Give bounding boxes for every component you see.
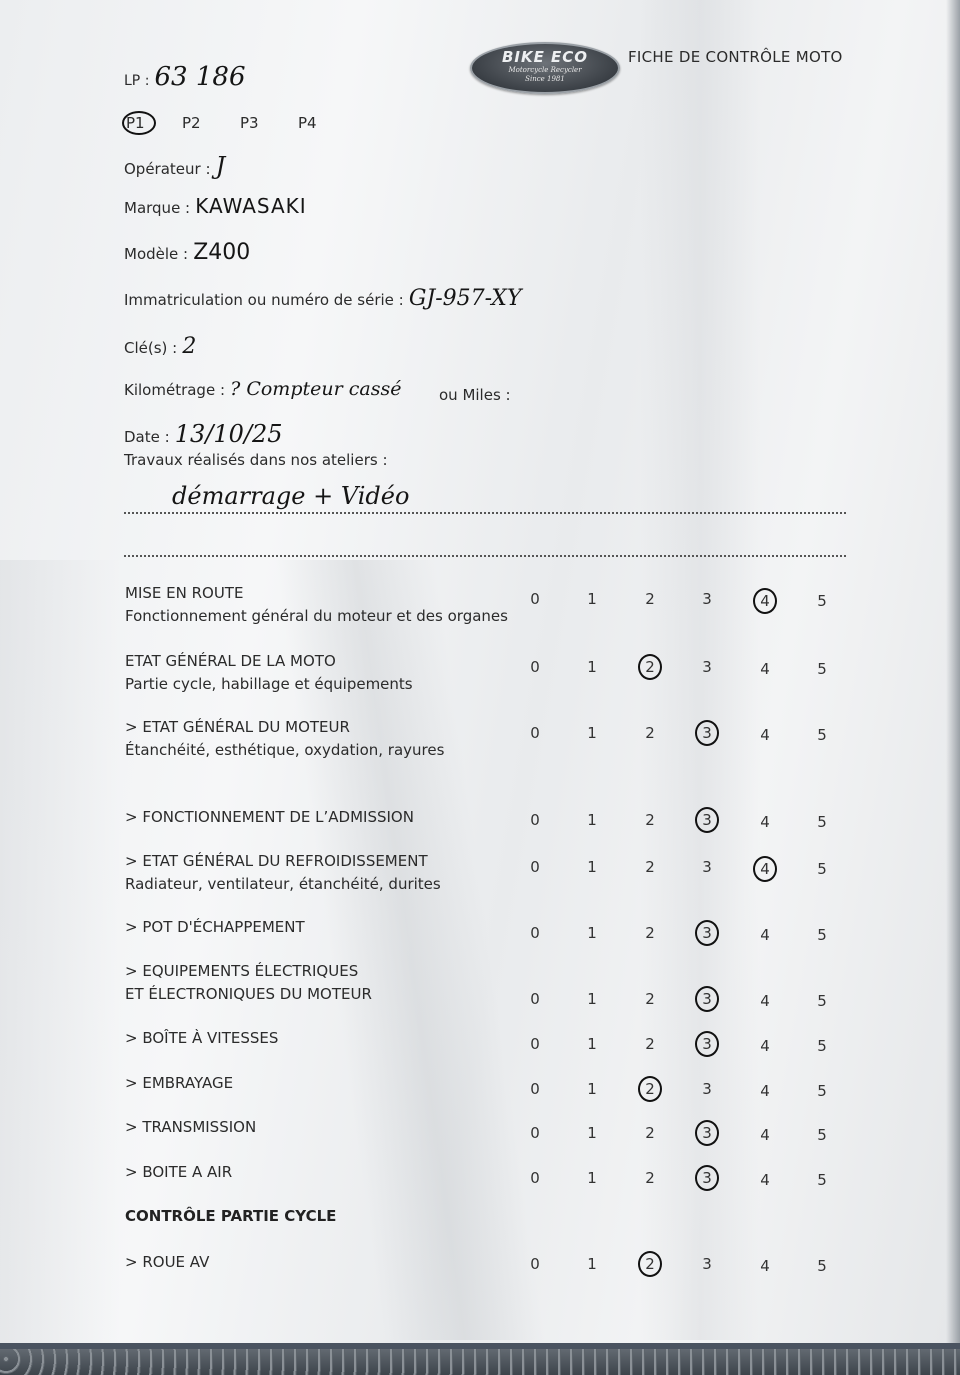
score-option-3[interactable]: 3 <box>697 590 717 608</box>
score-option-3[interactable]: 3 <box>697 724 717 742</box>
logo-since: Since 1981 <box>472 75 618 84</box>
criterion-subtitle: Partie cycle, habillage et équipements <box>125 675 413 693</box>
score-option-0[interactable]: 0 <box>525 1080 545 1098</box>
criterion-title: > ROUE AV <box>125 1253 209 1271</box>
score-option-4[interactable]: 4 <box>755 1082 775 1100</box>
score-option-0[interactable]: 0 <box>525 858 545 876</box>
score-option-1[interactable]: 1 <box>582 1124 602 1142</box>
page-title: FICHE DE CONTRÔLE MOTO <box>628 48 843 66</box>
score-option-0[interactable]: 0 <box>525 924 545 942</box>
kilometrage-label: Kilométrage : <box>124 381 225 399</box>
criterion-title: ETAT GÉNÉRAL DE LA MOTO <box>125 652 336 670</box>
score-option-3[interactable]: 3 <box>697 658 717 676</box>
modele-label: Modèle : <box>124 245 188 263</box>
score-option-1[interactable]: 1 <box>582 658 602 676</box>
immatriculation-field: Immatriculation ou numéro de série : GJ-… <box>124 286 521 311</box>
score-option-3[interactable]: 3 <box>697 858 717 876</box>
score-option-2[interactable]: 2 <box>640 1169 660 1187</box>
logo-brand: BIKE ECO <box>472 48 618 66</box>
cles-label: Clé(s) : <box>124 339 177 357</box>
marque-value[interactable]: KAWASAKI <box>195 194 306 218</box>
score-option-1[interactable]: 1 <box>582 1255 602 1273</box>
criterion-title: > FONCTIONNEMENT DE L’ADMISSION <box>125 808 414 826</box>
miles-label: ou Miles : <box>439 386 511 404</box>
operateur-value[interactable]: J <box>216 152 226 180</box>
score-option-1[interactable]: 1 <box>582 1169 602 1187</box>
score-option-4[interactable]: 4 <box>755 1037 775 1055</box>
score-option-2[interactable]: 2 <box>640 858 660 876</box>
score-option-3[interactable]: 3 <box>697 1169 717 1187</box>
score-option-1[interactable]: 1 <box>582 990 602 1008</box>
criterion-subtitle: Radiateur, ventilateur, étanchéité, duri… <box>125 875 441 893</box>
criterion-title: > POT D'ÉCHAPPEMENT <box>125 918 305 936</box>
score-option-2[interactable]: 2 <box>640 990 660 1008</box>
score-option-5[interactable]: 5 <box>812 592 832 610</box>
position-p4[interactable]: P4 <box>298 114 317 132</box>
immatriculation-value[interactable]: GJ-957-XY <box>409 286 522 311</box>
kilometrage-value[interactable]: ? Compteur cassé <box>230 378 401 400</box>
criterion-title: > TRANSMISSION <box>125 1118 256 1136</box>
score-option-0[interactable]: 0 <box>525 590 545 608</box>
score-option-3[interactable]: 3 <box>697 1255 717 1273</box>
score-option-4[interactable]: 4 <box>755 926 775 944</box>
position-p1[interactable]: P1 <box>126 114 145 132</box>
operateur-label: Opérateur : <box>124 160 211 178</box>
score-option-4[interactable]: 4 <box>755 726 775 744</box>
score-option-3[interactable]: 3 <box>697 811 717 829</box>
lp-field: LP : 63 186 <box>124 62 246 92</box>
position-p3[interactable]: P3 <box>240 114 259 132</box>
score-option-2[interactable]: 2 <box>640 1255 660 1273</box>
score-option-0[interactable]: 0 <box>525 658 545 676</box>
score-option-2[interactable]: 2 <box>640 1080 660 1098</box>
score-option-4[interactable]: 4 <box>755 1257 775 1275</box>
score-option-0[interactable]: 0 <box>525 1169 545 1187</box>
score-option-3[interactable]: 3 <box>697 1035 717 1053</box>
travaux-dotted-line-2 <box>124 555 846 557</box>
logo-tagline: Motorcycle Recycler <box>472 66 618 75</box>
score-option-5[interactable]: 5 <box>812 660 832 678</box>
bike-eco-logo: BIKE ECO Motorcycle Recycler Since 1981 <box>470 42 620 94</box>
score-option-3[interactable]: 3 <box>697 924 717 942</box>
score-option-1[interactable]: 1 <box>582 924 602 942</box>
score-option-5[interactable]: 5 <box>812 1037 832 1055</box>
score-option-5[interactable]: 5 <box>812 1257 832 1275</box>
travaux-dotted-line-1 <box>124 512 846 514</box>
score-option-2[interactable]: 2 <box>640 724 660 742</box>
criterion-subtitle: Étanchéité, esthétique, oxydation, rayur… <box>125 741 444 759</box>
score-option-2[interactable]: 2 <box>640 658 660 676</box>
score-option-5[interactable]: 5 <box>812 1126 832 1144</box>
criterion-title: > EMBRAYAGE <box>125 1074 233 1092</box>
lp-value[interactable]: 63 186 <box>155 62 246 92</box>
score-option-3[interactable]: 3 <box>697 1124 717 1142</box>
score-option-2[interactable]: 2 <box>640 811 660 829</box>
criterion-title: > BOITE A AIR <box>125 1163 232 1181</box>
score-option-1[interactable]: 1 <box>582 1035 602 1053</box>
kilometrage-field: Kilométrage : ? Compteur cassé <box>124 378 401 400</box>
score-option-5[interactable]: 5 <box>812 926 832 944</box>
criterion-subtitle: Fonctionnement général du moteur et des … <box>125 607 508 625</box>
criterion-title: > ETAT GÉNÉRAL DU REFROIDISSEMENT <box>125 852 428 870</box>
score-option-4[interactable]: 4 <box>755 1126 775 1144</box>
score-option-2[interactable]: 2 <box>640 590 660 608</box>
score-option-1[interactable]: 1 <box>582 858 602 876</box>
criterion-title: > ETAT GÉNÉRAL DU MOTEUR <box>125 718 350 736</box>
score-option-5[interactable]: 5 <box>812 726 832 744</box>
marque-field: Marque : KAWASAKI <box>124 194 307 218</box>
marque-label: Marque : <box>124 199 190 217</box>
score-option-4[interactable]: 4 <box>755 660 775 678</box>
score-option-3[interactable]: 3 <box>697 990 717 1008</box>
cles-value[interactable]: 2 <box>182 334 196 359</box>
score-option-1[interactable]: 1 <box>582 724 602 742</box>
date-value[interactable]: 13/10/25 <box>175 420 283 448</box>
date-label: Date : <box>124 428 170 446</box>
score-option-4[interactable]: 4 <box>755 1171 775 1189</box>
position-p2[interactable]: P2 <box>182 114 201 132</box>
criterion-subtitle: ET ÉLECTRONIQUES DU MOTEUR <box>125 985 372 1003</box>
score-option-4[interactable]: 4 <box>755 860 775 878</box>
sleeve-edge <box>946 0 960 1375</box>
score-option-2[interactable]: 2 <box>640 1124 660 1142</box>
score-option-2[interactable]: 2 <box>640 924 660 942</box>
criterion-title: > EQUIPEMENTS ÉLECTRIQUES <box>125 962 358 980</box>
score-option-0[interactable]: 0 <box>525 724 545 742</box>
score-option-4[interactable]: 4 <box>755 592 775 610</box>
score-option-3[interactable]: 3 <box>697 1080 717 1098</box>
score-option-5[interactable]: 5 <box>812 860 832 878</box>
modele-field: Modèle : Z400 <box>124 240 250 265</box>
date-field: Date : 13/10/25 <box>124 420 283 448</box>
travaux-line-1[interactable]: démarrage + Vidéo <box>172 482 409 510</box>
partie-cycle-title: CONTRÔLE PARTIE CYCLE <box>125 1207 336 1225</box>
score-option-0[interactable]: 0 <box>525 990 545 1008</box>
score-option-4[interactable]: 4 <box>755 813 775 831</box>
binder-strip <box>0 1343 960 1375</box>
score-option-0[interactable]: 0 <box>525 811 545 829</box>
score-option-5[interactable]: 5 <box>812 813 832 831</box>
lp-label: LP : <box>124 73 149 89</box>
criterion-title: MISE EN ROUTE <box>125 584 243 602</box>
score-option-5[interactable]: 5 <box>812 1082 832 1100</box>
modele-value[interactable]: Z400 <box>193 240 250 265</box>
score-option-5[interactable]: 5 <box>812 992 832 1010</box>
score-option-0[interactable]: 0 <box>525 1124 545 1142</box>
score-option-1[interactable]: 1 <box>582 811 602 829</box>
score-option-0[interactable]: 0 <box>525 1035 545 1053</box>
immatriculation-label: Immatriculation ou numéro de série : <box>124 291 404 309</box>
travaux-label: Travaux réalisés dans nos ateliers : <box>124 451 388 469</box>
criterion-title: > BOÎTE À VITESSES <box>125 1029 278 1047</box>
plastic-sleeve-reflection <box>0 560 120 1360</box>
score-option-4[interactable]: 4 <box>755 992 775 1010</box>
score-option-0[interactable]: 0 <box>525 1255 545 1273</box>
score-option-2[interactable]: 2 <box>640 1035 660 1053</box>
operateur-field: Opérateur : J <box>124 152 225 180</box>
score-option-1[interactable]: 1 <box>582 1080 602 1098</box>
score-option-1[interactable]: 1 <box>582 590 602 608</box>
score-option-5[interactable]: 5 <box>812 1171 832 1189</box>
cles-field: Clé(s) : 2 <box>124 334 196 359</box>
